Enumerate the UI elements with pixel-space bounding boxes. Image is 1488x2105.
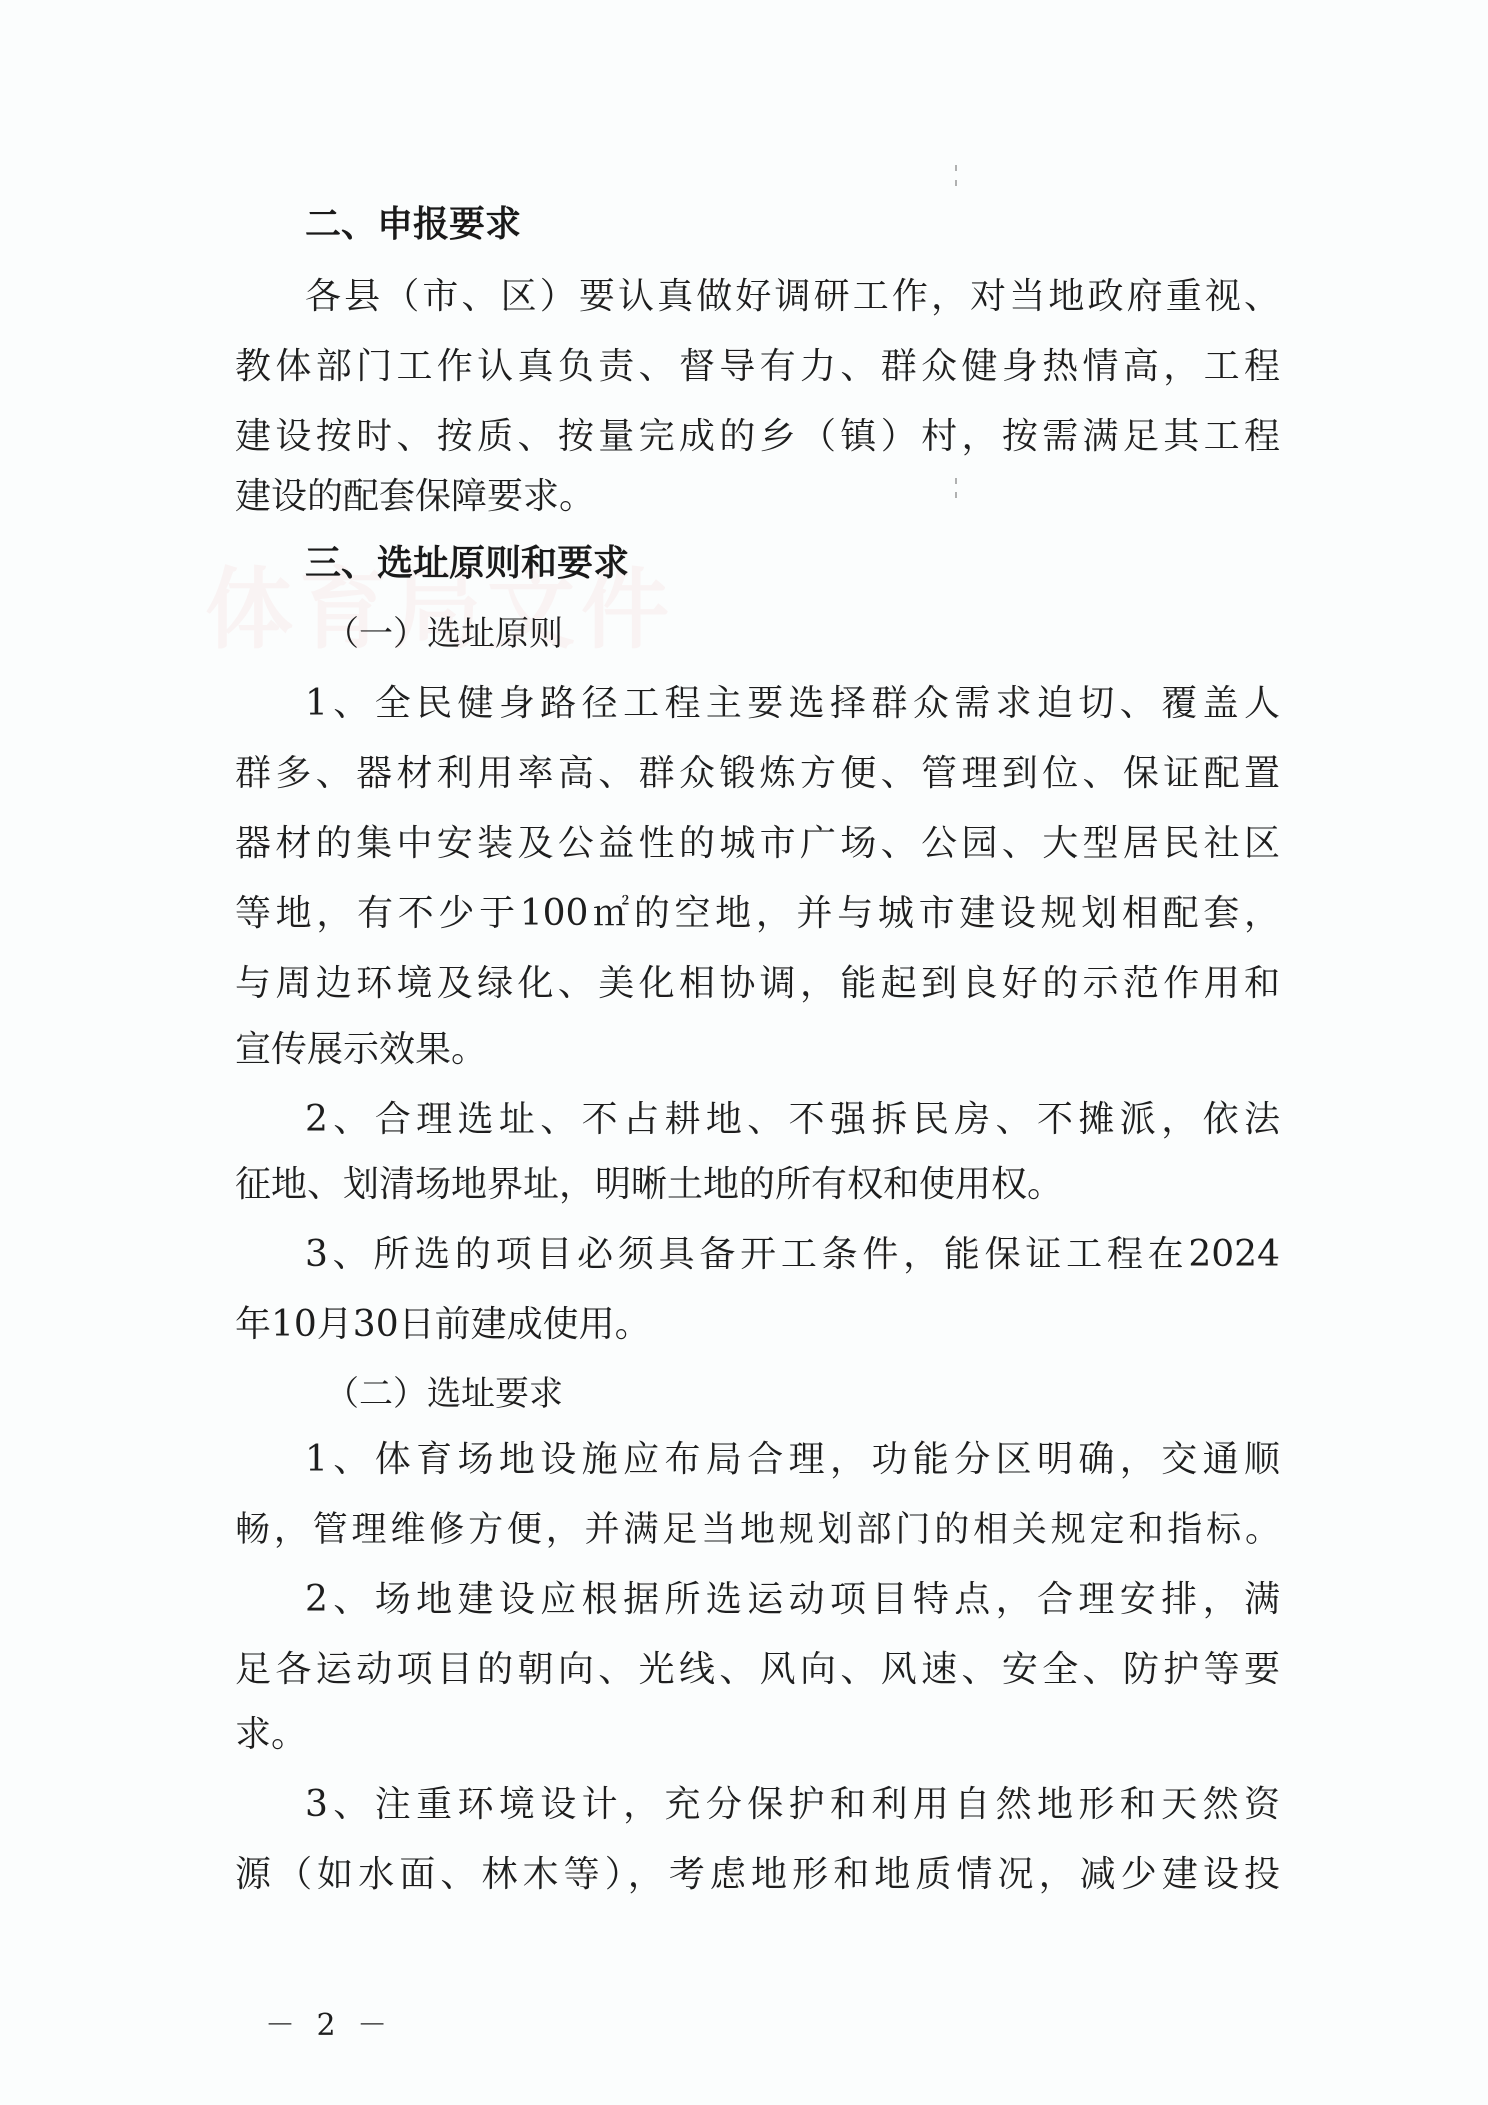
subsection-heading-principles: （一）选址原则 [325, 612, 563, 656]
list-item-line: 器材的集中安装及公益性的城市广场、公园、大型居民社区 [235, 822, 1280, 866]
list-item-line: 3、所选的项目必须具备开工条件，能保证工程在2024 [305, 1233, 1280, 1277]
list-item-line: 宣传展示效果。 [235, 1028, 1280, 1072]
subsection-heading-requirements: （二）选址要求 [325, 1372, 563, 1416]
paragraph-line: 建设的配套保障要求。 [235, 475, 1280, 519]
scan-speck [955, 180, 957, 186]
paragraph-line: 教体部门工作认真负责、督导有力、群众健身热情高，工程 [235, 345, 1280, 389]
list-item-line: 群多、器材利用率高、群众锻炼方便、管理到位、保证配置 [235, 752, 1280, 796]
list-item-line: 1、体育场地设施应布局合理，功能分区明确，交通顺 [305, 1438, 1280, 1482]
scan-speck [955, 492, 957, 498]
list-item-line: 1、全民健身路径工程主要选择群众需求迫切、覆盖人 [305, 682, 1280, 726]
scan-speck [955, 478, 957, 484]
list-item-line: 年10月30日前建成使用。 [235, 1303, 1280, 1347]
document-page: 体育局文件 二、申报要求 各县（市、区）要认真做好调研工作，对当地政府重视、 教… [0, 0, 1488, 2105]
list-item-line: 征地、划清场地界址，明晰土地的所有权和使用权。 [235, 1163, 1280, 1207]
list-item-line: 求。 [235, 1713, 1280, 1757]
section-heading-site-selection: 三、选址原则和要求 [305, 542, 629, 586]
list-item-line: 源（如水面、林木等），考虑地形和地质情况，减少建设投 [235, 1853, 1280, 1897]
list-item-line: 足各运动项目的朝向、光线、风向、风速、安全、防护等要 [235, 1648, 1280, 1692]
paragraph-line: 建设按时、按质、按量完成的乡（镇）村，按需满足其工程 [235, 415, 1280, 459]
page-number: － 2 － [265, 2000, 393, 2044]
list-item-line: 3、注重环境设计，充分保护和利用自然地形和天然资 [305, 1783, 1280, 1827]
list-item-line: 等地，有不少于100㎡的空地，并与城市建设规划相配套， [235, 892, 1280, 936]
paragraph-line: 各县（市、区）要认真做好调研工作，对当地政府重视、 [305, 275, 1280, 319]
list-item-line: 与周边环境及绿化、美化相协调，能起到良好的示范作用和 [235, 962, 1280, 1006]
list-item-line: 2、合理选址、不占耕地、不强拆民房、不摊派，依法 [305, 1098, 1280, 1142]
list-item-line: 2、场地建设应根据所选运动项目特点，合理安排，满 [305, 1578, 1280, 1622]
scan-speck [955, 165, 957, 171]
section-heading-application-requirements: 二、申报要求 [305, 203, 521, 247]
list-item-line: 畅，管理维修方便，并满足当地规划部门的相关规定和指标。 [235, 1508, 1280, 1552]
